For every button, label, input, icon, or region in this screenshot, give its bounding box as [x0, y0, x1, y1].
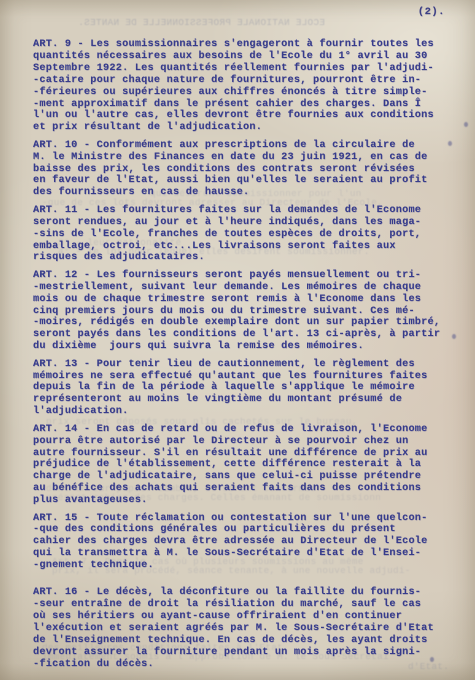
text-line: quantités nécessaires aux besoins de l'E… [33, 51, 453, 63]
text-line: en faveur de l'Etat, aussi bien qu'elles… [33, 175, 453, 187]
text-line: -férieures ou supérieures aux chiffres é… [33, 87, 453, 99]
text-line: plus avantageuses. [33, 495, 453, 507]
article-10: ART. 10 - Conformément aux prescriptions… [33, 140, 453, 200]
text-line: ART. 11 - Les fournitures faites sur la … [33, 205, 453, 217]
text-line: préjudice de l'établissement, cette diff… [33, 459, 453, 471]
text-line: -cataire pour chaque nature de fournitur… [33, 75, 453, 87]
text-line: Septembre 1922. Les quantités réellement… [33, 63, 453, 75]
text-line: l'adjudication. [33, 406, 453, 418]
article-13: ART. 13 - Pour tenir lieu de cautionneme… [33, 359, 453, 419]
text-line: M. le Ministre des Finances en date du 2… [33, 152, 453, 164]
text-line: et prix résultant de l'adjudication. [33, 122, 453, 134]
page-number: (2). [418, 6, 445, 18]
text-line: du dixième jours qui suivra la remise de… [33, 341, 453, 353]
text-line: qui la transmettra à M. le Sous-Secrétai… [33, 548, 453, 560]
text-line: mois ou de chaque trimestre seront remis… [33, 294, 453, 306]
text-line: ART. 10 - Conformément aux prescriptions… [33, 140, 453, 152]
text-line: l'un ou l'autre cas, elles devront être … [33, 110, 453, 122]
text-line: de l'Enseignement technique. En cas de d… [33, 635, 453, 647]
ink-speck [464, 122, 468, 127]
article-12: ART. 12 - Les fournisseurs seront payés … [33, 270, 453, 353]
text-line: pourra être autorisé par le Directeur à … [33, 436, 453, 448]
text-line: cinq premiers jours du mois ou du trimes… [33, 306, 453, 318]
text-line: -que des conditions générales ou particu… [33, 524, 453, 536]
text-line: cahier des charges devra être adressée a… [33, 536, 453, 548]
text-line: charge de l'adjudicataire, sans que celu… [33, 471, 453, 483]
text-line: représenteront au moins le vingtième du … [33, 394, 453, 406]
text-line: -sins de l'Ecole, franches de toutes esp… [33, 229, 453, 241]
article-9: ART. 9 - Les soumissionnaires s'engagero… [33, 39, 453, 134]
text-line: ART. 9 - Les soumissionnaires s'engagero… [33, 39, 453, 51]
text-line: -gnement technique. [33, 560, 453, 572]
text-line: autre fournisseur. S'il en résultait une… [33, 448, 453, 460]
text-line: seront payés dans les conditions de l'ar… [33, 329, 453, 341]
text-line: seront rendues, au jour et à l'heure ind… [33, 217, 453, 229]
text-line: ART. 16 - Le décès, la déconfiture ou la… [33, 587, 453, 599]
scanned-document-page: (2). ECOLE NATIONALE PROFESSIONNELLE DE … [0, 0, 475, 680]
text-line: depuis la fin de la période à laquelle s… [33, 382, 453, 394]
bleedthrough-line: ECOLE NATIONALE PROFESSIONNELLE DE NANTE… [78, 17, 325, 28]
text-line: -seur entraîne de droit la résiliation d… [33, 599, 453, 611]
text-line: -mestriellement, suivant leur demande. L… [33, 282, 453, 294]
text-line: des fournisseurs en cas de hausse. [33, 187, 453, 199]
text-line: ART. 15 - Toute réclamation ou contestat… [33, 513, 453, 525]
text-line: l'exécution et seraient agréés par M. le… [33, 623, 453, 635]
text-line: ART. 14 - En cas de retard ou de refus d… [33, 424, 453, 436]
document-text: ART. 9 - Les soumissionnaires s'engagero… [33, 39, 453, 676]
text-line: risques des adjudicataires. [33, 252, 453, 264]
text-line: -ment approximatif dans le présent cahie… [33, 99, 453, 111]
article-14: ART. 14 - En cas de retard ou de refus d… [33, 424, 453, 507]
article-16: ART. 16 - Le décès, la déconfiture ou la… [33, 587, 453, 670]
text-line: baisse des prix, les conditions des cont… [33, 164, 453, 176]
text-line: devront assurer la fourniture pendant un… [33, 647, 453, 659]
text-line: mémoires ne sera effectué qu'autant que … [33, 371, 453, 383]
text-line: ART. 12 - Les fournisseurs seront payés … [33, 270, 453, 282]
text-line: où ses héritiers ou ayant-cause offrirai… [33, 611, 453, 623]
article-11: ART. 11 - Les fournitures faites sur la … [33, 205, 453, 265]
text-line: ART. 13 - Pour tenir lieu de cautionneme… [33, 359, 453, 371]
text-line: au bénéfice des achats qui seraient fait… [33, 483, 453, 495]
text-line: emballage, octroi, etc...Les livraisons … [33, 241, 453, 253]
text-line: -fication du décès. [33, 659, 453, 671]
article-15: ART. 15 - Toute réclamation ou contestat… [33, 513, 453, 573]
text-line: -moires, rédigés en double exemplaire do… [33, 317, 453, 329]
